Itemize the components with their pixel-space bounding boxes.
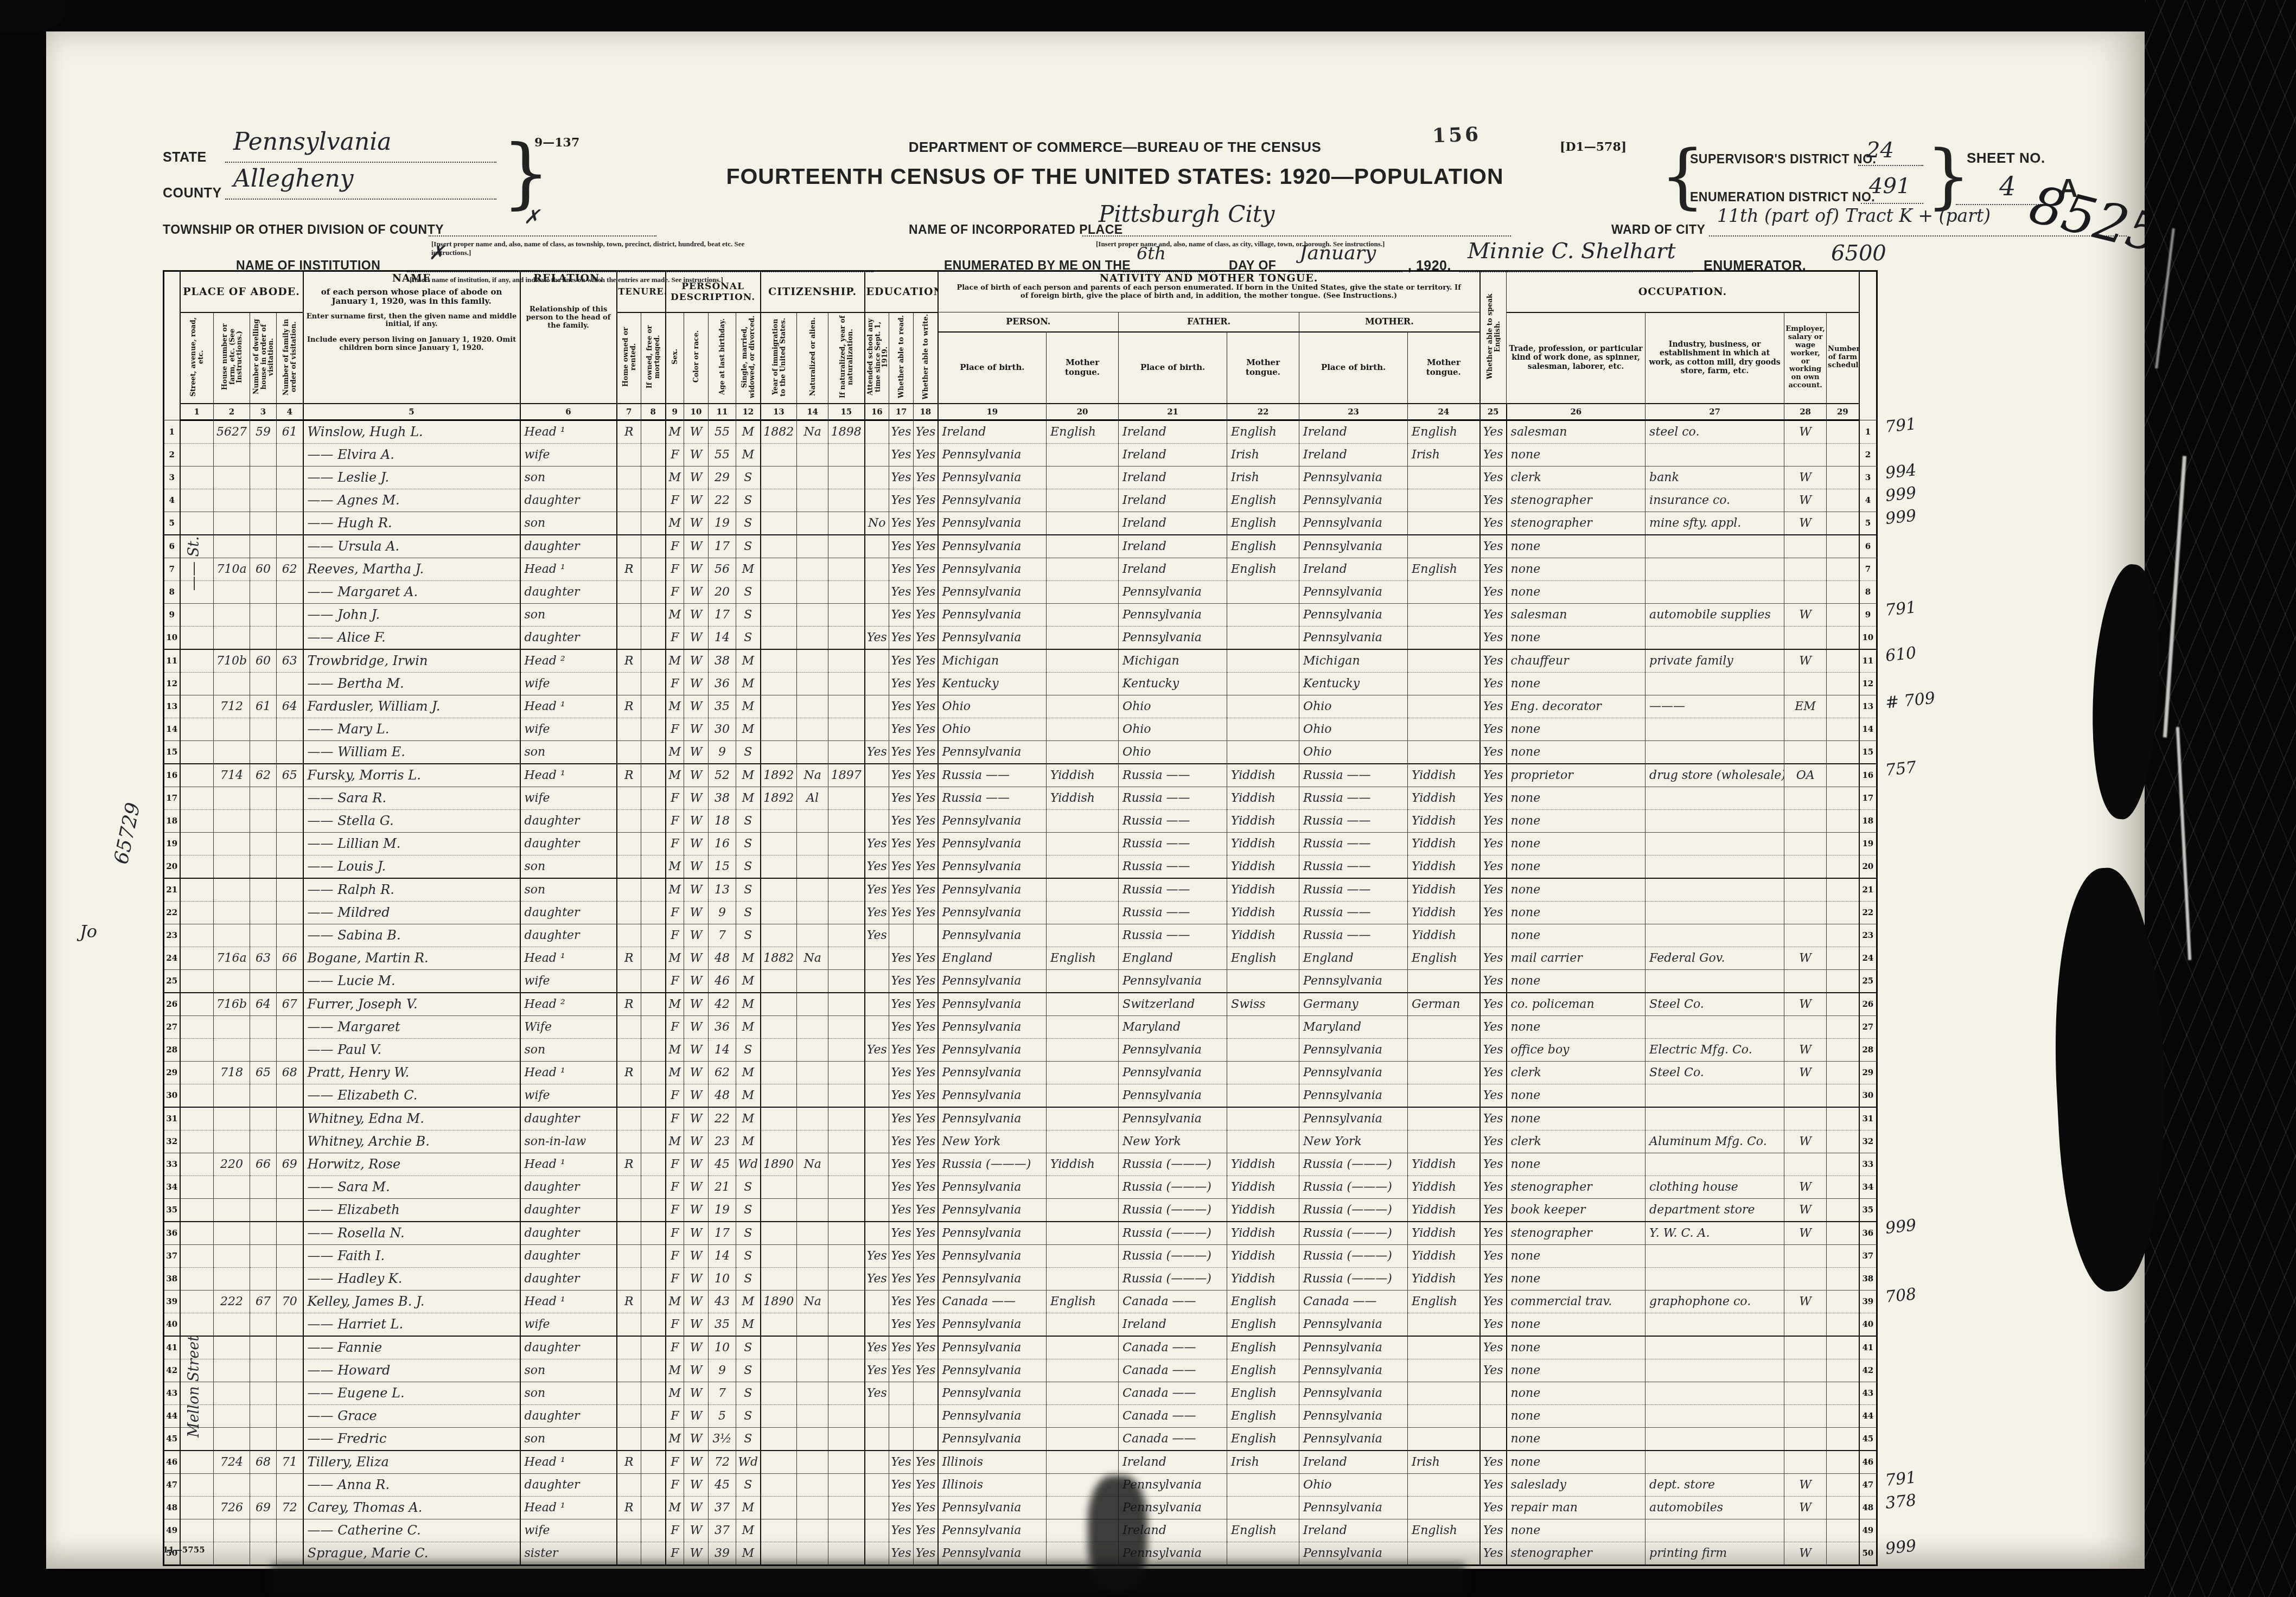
cell-naturalization-year bbox=[828, 512, 865, 535]
cell-mortgage bbox=[641, 1130, 666, 1153]
cell-dwelling-number bbox=[250, 809, 277, 832]
line-number-right: 30 bbox=[1859, 1084, 1877, 1107]
cell-age: 35 bbox=[709, 1313, 736, 1336]
cell-mortgage bbox=[641, 1084, 666, 1107]
cell-able-read: Yes bbox=[889, 809, 914, 832]
cell-attended-school bbox=[865, 1427, 889, 1451]
cell-able-write: Yes bbox=[914, 1130, 938, 1153]
cell-employment bbox=[1784, 1267, 1827, 1290]
cell-family-number bbox=[277, 1473, 303, 1496]
supervisor-label: SUPERVISOR'S DISTRICT NO. bbox=[1690, 152, 1876, 167]
table-row: 3—— Leslie J.sonMW29SYesYesPennsylvaniaI… bbox=[164, 466, 1877, 489]
cell-tongue-father bbox=[1227, 580, 1299, 603]
table-row: 7710a6062Reeves, Martha J.Head ¹RFW56MYe… bbox=[164, 558, 1877, 580]
margin-number: 791 bbox=[1884, 414, 1917, 437]
cell-home-owned: R bbox=[617, 649, 641, 673]
cell-relation: son bbox=[520, 1382, 617, 1404]
cell-immigration-year: 1882 bbox=[761, 947, 797, 969]
cell-tongue-mother: Yiddish bbox=[1408, 1222, 1480, 1245]
line-number: 18 bbox=[164, 809, 180, 832]
cell-trade: none bbox=[1507, 1313, 1646, 1336]
margin-number: 757 bbox=[1884, 758, 1917, 780]
cell-pob-father: Russia (———) bbox=[1119, 1222, 1227, 1245]
line-number-right: 12 bbox=[1859, 672, 1877, 695]
cell-able-read: Yes bbox=[889, 740, 914, 764]
line-number-right: 2 bbox=[1859, 443, 1877, 466]
cell-trade: none bbox=[1507, 924, 1646, 947]
cell-color-race: W bbox=[684, 512, 709, 535]
cell-speaks-english: Yes bbox=[1480, 1542, 1507, 1565]
cell-pob-person: Pennsylvania bbox=[938, 535, 1047, 558]
cell-house-number bbox=[214, 901, 250, 924]
cell-dwelling-number bbox=[250, 603, 277, 626]
line-number: 12 bbox=[164, 672, 180, 695]
cell-color-race: W bbox=[684, 626, 709, 649]
pob-person-header: Place of birth. bbox=[938, 332, 1047, 404]
cell-family-number: 68 bbox=[277, 1061, 303, 1084]
cell-naturalization-year bbox=[828, 718, 865, 740]
cell-tongue-person bbox=[1047, 1427, 1119, 1451]
cell-immigration-year bbox=[761, 672, 797, 695]
cell-sex: F bbox=[666, 1542, 684, 1565]
cell-able-write: Yes bbox=[914, 1267, 938, 1290]
cell-able-write: Yes bbox=[914, 649, 938, 673]
cell-trade: stenographer bbox=[1507, 489, 1646, 512]
line-number-right: 7 bbox=[1859, 558, 1877, 580]
cell-relation: sister bbox=[520, 1542, 617, 1565]
cell-marital-status: S bbox=[736, 1267, 761, 1290]
cell-farm-schedule bbox=[1827, 512, 1859, 535]
cell-house-number: 714 bbox=[214, 764, 250, 787]
cell-marital-status: M bbox=[736, 1290, 761, 1313]
cell-dwelling-number bbox=[250, 672, 277, 695]
cell-home-owned: R bbox=[617, 947, 641, 969]
cell-name: —— Leslie J. bbox=[303, 466, 520, 489]
cell-tongue-mother bbox=[1408, 535, 1480, 558]
cell-pob-person: Pennsylvania bbox=[938, 901, 1047, 924]
line-number: 32 bbox=[164, 1130, 180, 1153]
cell-naturalized bbox=[797, 901, 828, 924]
cell-speaks-english: Yes bbox=[1480, 1290, 1507, 1313]
cell-tongue-person bbox=[1047, 1451, 1119, 1474]
cell-mortgage bbox=[641, 1313, 666, 1336]
cell-speaks-english: Yes bbox=[1480, 832, 1507, 855]
line-number-right: 14 bbox=[1859, 718, 1877, 740]
cell-dwelling-number bbox=[250, 1244, 277, 1267]
cell-marital-status: M bbox=[736, 969, 761, 993]
cell-trade: none bbox=[1507, 740, 1646, 764]
cell-farm-schedule bbox=[1827, 1382, 1859, 1404]
cell-sex: F bbox=[666, 924, 684, 947]
col18-header: Whether able to write. bbox=[914, 312, 938, 404]
cell-home-owned bbox=[617, 1313, 641, 1336]
cell-trade: clerk bbox=[1507, 466, 1646, 489]
cell-sex: M bbox=[666, 512, 684, 535]
col26-header: Trade, profession, or particular kind of… bbox=[1507, 312, 1646, 404]
cell-tongue-father: English bbox=[1227, 1359, 1299, 1382]
cell-age: 43 bbox=[709, 1290, 736, 1313]
group-occupation: OCCUPATION. bbox=[1507, 271, 1859, 312]
margin-number: 610 bbox=[1884, 643, 1917, 666]
county-line bbox=[225, 199, 496, 200]
table-row: 24716a6366Bogane, Martin R.Head ¹RMW48M1… bbox=[164, 947, 1877, 969]
cell-naturalization-year bbox=[828, 1198, 865, 1222]
cell-speaks-english bbox=[1480, 924, 1507, 947]
cell-naturalized bbox=[797, 443, 828, 466]
cell-relation: wife bbox=[520, 969, 617, 993]
line-number: 16 bbox=[164, 764, 180, 787]
cell-immigration-year bbox=[761, 855, 797, 878]
cell-house-number bbox=[214, 1244, 250, 1267]
cell-tongue-father: English bbox=[1227, 512, 1299, 535]
cell-able-read: Yes bbox=[889, 1336, 914, 1359]
cell-able-read: Yes bbox=[889, 1038, 914, 1061]
cell-industry bbox=[1646, 1336, 1784, 1359]
cell-industry bbox=[1646, 1451, 1784, 1474]
line-number-right: 35 bbox=[1859, 1198, 1877, 1222]
township-note: [Insert proper name and, also, name of c… bbox=[431, 240, 779, 257]
cell-naturalized: Na bbox=[797, 947, 828, 969]
cell-pob-father: Russia (———) bbox=[1119, 1198, 1227, 1222]
cell-street bbox=[180, 993, 214, 1016]
cell-home-owned bbox=[617, 1038, 641, 1061]
cell-pob-mother: Russia (———) bbox=[1299, 1244, 1408, 1267]
cell-color-race: W bbox=[684, 1313, 709, 1336]
cell-able-read: Yes bbox=[889, 1222, 914, 1245]
cell-trade: none bbox=[1507, 580, 1646, 603]
cell-tongue-father: Yiddish bbox=[1227, 1222, 1299, 1245]
cell-tongue-mother: Irish bbox=[1408, 443, 1480, 466]
cell-trade: stenographer bbox=[1507, 512, 1646, 535]
cell-home-owned bbox=[617, 603, 641, 626]
line-number: 31 bbox=[164, 1107, 180, 1130]
cell-street bbox=[180, 489, 214, 512]
cell-house-number bbox=[214, 1222, 250, 1245]
cell-age: 46 bbox=[709, 969, 736, 993]
cell-trade: none bbox=[1507, 832, 1646, 855]
cell-employment bbox=[1784, 1015, 1827, 1038]
cell-home-owned bbox=[617, 580, 641, 603]
cell-able-write: Yes bbox=[914, 603, 938, 626]
cell-color-race: W bbox=[684, 1038, 709, 1061]
county-value: Allegheny bbox=[233, 165, 354, 193]
cell-dwelling-number bbox=[250, 878, 277, 902]
cell-tongue-person bbox=[1047, 740, 1119, 764]
cell-family-number bbox=[277, 855, 303, 878]
cell-pob-person: New York bbox=[938, 1130, 1047, 1153]
cell-immigration-year: 1882 bbox=[761, 420, 797, 443]
cell-attended-school bbox=[865, 1061, 889, 1084]
cell-name: Horwitz, Rose bbox=[303, 1153, 520, 1176]
cell-able-read: Yes bbox=[889, 1290, 914, 1313]
cell-marital-status: M bbox=[736, 649, 761, 673]
cell-pob-father: Switzerland bbox=[1119, 993, 1227, 1016]
cell-naturalization-year bbox=[828, 1061, 865, 1084]
cell-industry bbox=[1646, 787, 1784, 809]
cell-able-write: Yes bbox=[914, 1451, 938, 1474]
cell-mortgage bbox=[641, 1451, 666, 1474]
cell-age: 52 bbox=[709, 764, 736, 787]
column-number: 2 bbox=[214, 404, 250, 420]
cell-home-owned bbox=[617, 1336, 641, 1359]
cell-house-number bbox=[214, 1015, 250, 1038]
cell-trade: none bbox=[1507, 1153, 1646, 1176]
cell-attended-school: Yes bbox=[865, 1336, 889, 1359]
cell-relation: Head ¹ bbox=[520, 1061, 617, 1084]
cell-marital-status: S bbox=[736, 1473, 761, 1496]
cell-relation: Head ¹ bbox=[520, 420, 617, 443]
cell-naturalization-year bbox=[828, 924, 865, 947]
cell-farm-schedule bbox=[1827, 1519, 1859, 1542]
cell-color-race: W bbox=[684, 1061, 709, 1084]
cell-age: 19 bbox=[709, 1198, 736, 1222]
cell-trade: mail carrier bbox=[1507, 947, 1646, 969]
cell-name: —— Grace bbox=[303, 1404, 520, 1427]
column-number: 14 bbox=[797, 404, 828, 420]
cell-color-race: W bbox=[684, 901, 709, 924]
cell-marital-status: S bbox=[736, 832, 761, 855]
cell-employment bbox=[1784, 1382, 1827, 1404]
cell-naturalization-year bbox=[828, 832, 865, 855]
cell-pob-father: Russia (———) bbox=[1119, 1176, 1227, 1198]
cell-tongue-father: Yiddish bbox=[1227, 1198, 1299, 1222]
cell-age: 20 bbox=[709, 580, 736, 603]
cell-tongue-mother bbox=[1408, 649, 1480, 673]
cell-industry bbox=[1646, 740, 1784, 764]
cell-marital-status: S bbox=[736, 512, 761, 535]
cell-family-number bbox=[277, 901, 303, 924]
cell-farm-schedule bbox=[1827, 1198, 1859, 1222]
table-row: 15—— William E.sonMW9SYesYesYesPennsylva… bbox=[164, 740, 1877, 764]
cell-house-number: 222 bbox=[214, 1290, 250, 1313]
cell-speaks-english: Yes bbox=[1480, 1519, 1507, 1542]
cell-speaks-english: Yes bbox=[1480, 1244, 1507, 1267]
cell-naturalization-year bbox=[828, 787, 865, 809]
mother-header: MOTHER. bbox=[1299, 312, 1480, 332]
cell-farm-schedule bbox=[1827, 443, 1859, 466]
cell-dwelling-number bbox=[250, 1313, 277, 1336]
line-number: 23 bbox=[164, 924, 180, 947]
line-number: 49 bbox=[164, 1519, 180, 1542]
cell-name: —— Faith I. bbox=[303, 1244, 520, 1267]
cell-able-read bbox=[889, 924, 914, 947]
cell-pob-father: Ohio bbox=[1119, 695, 1227, 718]
cell-naturalized: Na bbox=[797, 1153, 828, 1176]
cell-farm-schedule bbox=[1827, 1267, 1859, 1290]
cell-age: 45 bbox=[709, 1473, 736, 1496]
cell-marital-status: M bbox=[736, 1084, 761, 1107]
supervisor-value: 24 bbox=[1866, 138, 1894, 163]
cell-able-read: Yes bbox=[889, 443, 914, 466]
cell-naturalization-year bbox=[828, 947, 865, 969]
cell-employment bbox=[1784, 1153, 1827, 1176]
cell-sex: M bbox=[666, 649, 684, 673]
cell-tongue-mother bbox=[1408, 603, 1480, 626]
cell-speaks-english: Yes bbox=[1480, 1267, 1507, 1290]
cell-relation: daughter bbox=[520, 580, 617, 603]
line-number: 34 bbox=[164, 1176, 180, 1198]
table-row: 20—— Louis J.sonMW15SYesYesYesPennsylvan… bbox=[164, 855, 1877, 878]
cell-name: Winslow, Hugh L. bbox=[303, 420, 520, 443]
cell-able-write bbox=[914, 1404, 938, 1427]
cell-house-number bbox=[214, 1176, 250, 1198]
column-numbers-row: 1234567891011121314151617181920212223242… bbox=[164, 404, 1877, 420]
cell-able-read: Yes bbox=[889, 993, 914, 1016]
cell-able-write: Yes bbox=[914, 901, 938, 924]
cell-tongue-mother: Yiddish bbox=[1408, 809, 1480, 832]
ward-value: 11th (part of) Tract K + (part) bbox=[1717, 205, 1991, 226]
cell-marital-status: S bbox=[736, 1336, 761, 1359]
cell-farm-schedule bbox=[1827, 764, 1859, 787]
cell-house-number bbox=[214, 672, 250, 695]
cell-sex: F bbox=[666, 1313, 684, 1336]
cell-attended-school bbox=[865, 764, 889, 787]
cell-employment bbox=[1784, 740, 1827, 764]
cell-employment bbox=[1784, 1313, 1827, 1336]
cell-sex: M bbox=[666, 878, 684, 902]
cell-mortgage bbox=[641, 626, 666, 649]
cell-street bbox=[180, 1519, 214, 1542]
cell-able-read: Yes bbox=[889, 787, 914, 809]
cell-dwelling-number bbox=[250, 1542, 277, 1565]
cell-mortgage bbox=[641, 1176, 666, 1198]
cell-immigration-year bbox=[761, 1382, 797, 1404]
cell-pob-father: Michigan bbox=[1119, 649, 1227, 673]
table-row: 30—— Elizabeth C.wifeFW48MYesYesPennsylv… bbox=[164, 1084, 1877, 1107]
cell-tongue-father: Yiddish bbox=[1227, 924, 1299, 947]
column-number: 4 bbox=[277, 404, 303, 420]
cell-dwelling-number bbox=[250, 1519, 277, 1542]
cell-dwelling-number bbox=[250, 580, 277, 603]
cell-marital-status: M bbox=[736, 1061, 761, 1084]
cell-home-owned: R bbox=[617, 1451, 641, 1474]
cell-street bbox=[180, 809, 214, 832]
cell-sex: F bbox=[666, 580, 684, 603]
cell-trade: none bbox=[1507, 1382, 1646, 1404]
cell-tongue-person bbox=[1047, 512, 1119, 535]
cell-employment: W bbox=[1784, 649, 1827, 673]
cell-pob-father: Russia —— bbox=[1119, 878, 1227, 902]
cell-pob-person: Russia (———) bbox=[938, 1153, 1047, 1176]
cell-farm-schedule bbox=[1827, 580, 1859, 603]
cell-naturalized bbox=[797, 1038, 828, 1061]
cell-home-owned bbox=[617, 718, 641, 740]
cell-naturalized bbox=[797, 832, 828, 855]
line-number: 30 bbox=[164, 1084, 180, 1107]
cell-home-owned bbox=[617, 672, 641, 695]
cell-naturalized: Na bbox=[797, 1290, 828, 1313]
cell-street bbox=[180, 512, 214, 535]
cell-able-read: Yes bbox=[889, 1176, 914, 1198]
cell-family-number bbox=[277, 809, 303, 832]
cell-speaks-english: Yes bbox=[1480, 764, 1507, 787]
cell-dwelling-number: 65 bbox=[250, 1061, 277, 1084]
cell-able-read: Yes bbox=[889, 1153, 914, 1176]
cell-attended-school bbox=[865, 718, 889, 740]
cell-naturalization-year bbox=[828, 740, 865, 764]
cell-tongue-mother: Yiddish bbox=[1408, 855, 1480, 878]
cell-able-write: Yes bbox=[914, 764, 938, 787]
cell-family-number: 69 bbox=[277, 1153, 303, 1176]
cell-tongue-father bbox=[1227, 1015, 1299, 1038]
cell-immigration-year bbox=[761, 695, 797, 718]
cell-attended-school: Yes bbox=[865, 1382, 889, 1404]
cell-family-number bbox=[277, 535, 303, 558]
cell-pob-person: Michigan bbox=[938, 649, 1047, 673]
cell-tongue-person bbox=[1047, 993, 1119, 1016]
cell-attended-school bbox=[865, 649, 889, 673]
cell-family-number bbox=[277, 1519, 303, 1542]
cell-mortgage bbox=[641, 649, 666, 673]
cell-color-race: W bbox=[684, 787, 709, 809]
cell-tongue-person bbox=[1047, 695, 1119, 718]
cell-pob-person: Pennsylvania bbox=[938, 558, 1047, 580]
cell-marital-status: M bbox=[736, 1107, 761, 1130]
line-number-right: 1 bbox=[1859, 420, 1877, 443]
cell-home-owned: R bbox=[617, 1153, 641, 1176]
cell-tongue-father: English bbox=[1227, 1290, 1299, 1313]
cell-pob-person: Pennsylvania bbox=[938, 443, 1047, 466]
cell-tongue-father: Yiddish bbox=[1227, 1176, 1299, 1198]
cell-immigration-year bbox=[761, 718, 797, 740]
cell-tongue-father bbox=[1227, 969, 1299, 993]
cell-color-race: W bbox=[684, 1359, 709, 1382]
cell-naturalized bbox=[797, 1222, 828, 1245]
column-number: 16 bbox=[865, 404, 889, 420]
cell-tongue-mother bbox=[1408, 1359, 1480, 1382]
cell-employment: W bbox=[1784, 1290, 1827, 1313]
cell-pob-person: Pennsylvania bbox=[938, 993, 1047, 1016]
enumeration-label: ENUMERATION DISTRICT NO. bbox=[1690, 190, 1875, 205]
cell-dwelling-number: 62 bbox=[250, 764, 277, 787]
cell-tongue-mother: Yiddish bbox=[1408, 1153, 1480, 1176]
cell-trade: co. policeman bbox=[1507, 993, 1646, 1016]
column-number: 29 bbox=[1827, 404, 1859, 420]
line-number: 9 bbox=[164, 603, 180, 626]
cell-home-owned bbox=[617, 740, 641, 764]
cell-marital-status: M bbox=[736, 1519, 761, 1542]
cell-dwelling-number bbox=[250, 489, 277, 512]
cell-industry bbox=[1646, 1519, 1784, 1542]
cell-street bbox=[180, 740, 214, 764]
group-abode: PLACE OF ABODE. bbox=[180, 271, 303, 312]
census-table: PLACE OF ABODE. NAME of each person whos… bbox=[163, 270, 1878, 1566]
cell-able-read: Yes bbox=[889, 947, 914, 969]
cell-street bbox=[180, 672, 214, 695]
cell-color-race: W bbox=[684, 580, 709, 603]
cell-house-number bbox=[214, 1519, 250, 1542]
cell-color-race: W bbox=[684, 1222, 709, 1245]
cell-family-number bbox=[277, 1542, 303, 1565]
cell-relation: Head ² bbox=[520, 649, 617, 673]
cell-trade: chauffeur bbox=[1507, 649, 1646, 673]
cell-sex: F bbox=[666, 558, 684, 580]
line-number: 4 bbox=[164, 489, 180, 512]
cell-tongue-father: English bbox=[1227, 489, 1299, 512]
cell-able-write: Yes bbox=[914, 1015, 938, 1038]
cell-age: 14 bbox=[709, 1244, 736, 1267]
cell-attended-school bbox=[865, 558, 889, 580]
cell-dwelling-number bbox=[250, 1473, 277, 1496]
cell-naturalized bbox=[797, 1244, 828, 1267]
cell-tongue-person bbox=[1047, 558, 1119, 580]
table-row: 392226770Kelley, James B. J.Head ¹RMW43M… bbox=[164, 1290, 1877, 1313]
cell-house-number: 718 bbox=[214, 1061, 250, 1084]
cell-pob-mother: Russia —— bbox=[1299, 764, 1408, 787]
cell-tongue-person bbox=[1047, 1382, 1119, 1404]
cell-tongue-mother bbox=[1408, 1336, 1480, 1359]
line-number-right: 28 bbox=[1859, 1038, 1877, 1061]
